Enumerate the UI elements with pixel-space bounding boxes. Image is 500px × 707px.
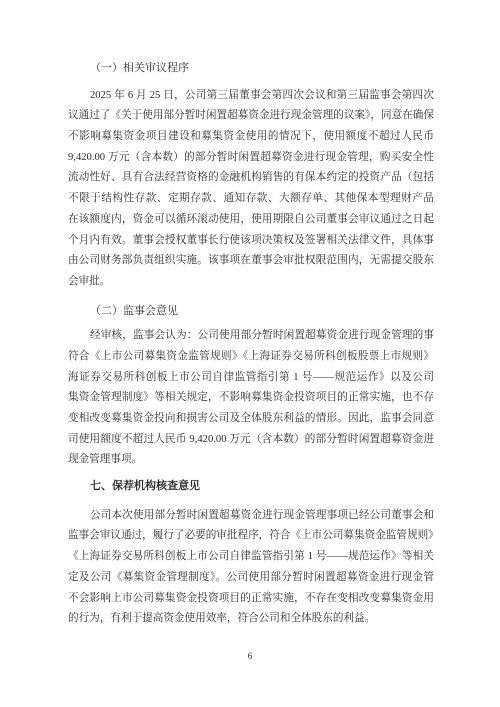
text-line: 符合《上市公司募集资金监管规则》《上海证券交易所科创板股票上市规则》《上 [68,347,434,368]
text-line: 不会影响上市公司募集资金投资项目的正常实施，不存在变相改变募集资金用途 [68,589,434,610]
paragraph-supervisory-opinion: 经审核，监事会认为：公司使用部分暂时闲置超募资金进行现金管理的事项， 符合《上市… [68,326,434,471]
text-line: 流动性好、具有合法经营资格的金融机构销售的有保本约定的投资产品（包括但 [68,168,434,189]
text-line: 海证券交易所科创板上市公司自律监管指引第 1 号——规范运作》以及公司《募 [68,368,434,389]
text-line: 的行为，有利于提高资金使用效率，符合公司和全体股东的利益。 [68,609,434,630]
text-line: 《上海证券交易所科创板上市公司自律监管指引第 1 号——规范运作》等相关规 [68,547,434,568]
paragraph-sponsor-verification: 公司本次使用部分暂时闲置超募资金进行现金管理事项已经公司董事会和 监事会审议通过… [68,506,434,630]
paragraph-review-procedure: 2025 年 6 月 25 日，公司第三届董事会第四次会议和第三届监事会第四次会… [68,86,434,293]
text-line: 个月内有效。董事会授权董事长行使该项决策权及签署相关法律文件，具体事项 [68,231,434,252]
text-line: 集资金管理制度》等相关规定，不影响募集资金投资项目的正常实施，也不存在 [68,388,434,409]
text-line: 变相改变募集资金投向和损害公司及全体股东利益的情形。因此，监事会同意公 [68,409,434,430]
text-line: 议通过了《关于使用部分暂时闲置超募资金进行现金管理的议案》，同意在确保 [68,106,434,127]
text-line: 2025 年 6 月 25 日，公司第三届董事会第四次会议和第三届监事会第四次会 [68,86,434,107]
text-line: 公司本次使用部分暂时闲置超募资金进行现金管理事项已经公司董事会和 [68,506,434,527]
text-line: 不影响募集资金项目建设和募集资金使用的情况下，使用额度不超过人民币 [68,127,434,148]
text-line: 监事会审议通过，履行了必要的审批程序，符合《上市公司募集资金监管规则》 [68,526,434,547]
document-page: （一）相关审议程序 2025 年 6 月 25 日，公司第三届董事会第四次会议和… [0,0,500,707]
section-heading-supervisory-opinion: （二）监事会意见 [68,301,434,322]
text-line: 不限于结构性存款、定期存款、通知存款、大额存单、其他保本型理财产品等）。 [68,189,434,210]
text-line: 现金管理事项。 [68,450,434,471]
text-line: 9,420.00 万元（含本数）的部分暂时闲置超募资金进行现金管理，购买安全性高… [68,148,434,169]
text-line: 司使用额度不超过人民币 9,420.00 万元（含本数）的部分暂时闲置超募资金进… [68,430,434,451]
page-number: 6 [0,650,500,664]
text-line: 经审核，监事会认为：公司使用部分暂时闲置超募资金进行现金管理的事项， [68,326,434,347]
text-line: 由公司财务部负责组织实施。该事项在董事会审批权限范围内，无需提交股东大 [68,251,434,272]
text-line: 定及公司《募集资金管理制度》。公司使用部分暂时闲置超募资金进行现金管理， [68,568,434,589]
text-line: 在该额度内，资金可以循环滚动使用，使用期限自公司董事会审议通过之日起 12 [68,210,434,231]
section-heading-sponsor-verification: 七、保荐机构核查意见 [68,476,434,497]
section-heading-review-procedure: （一）相关审议程序 [68,58,434,79]
text-line: 会审批。 [68,272,434,293]
